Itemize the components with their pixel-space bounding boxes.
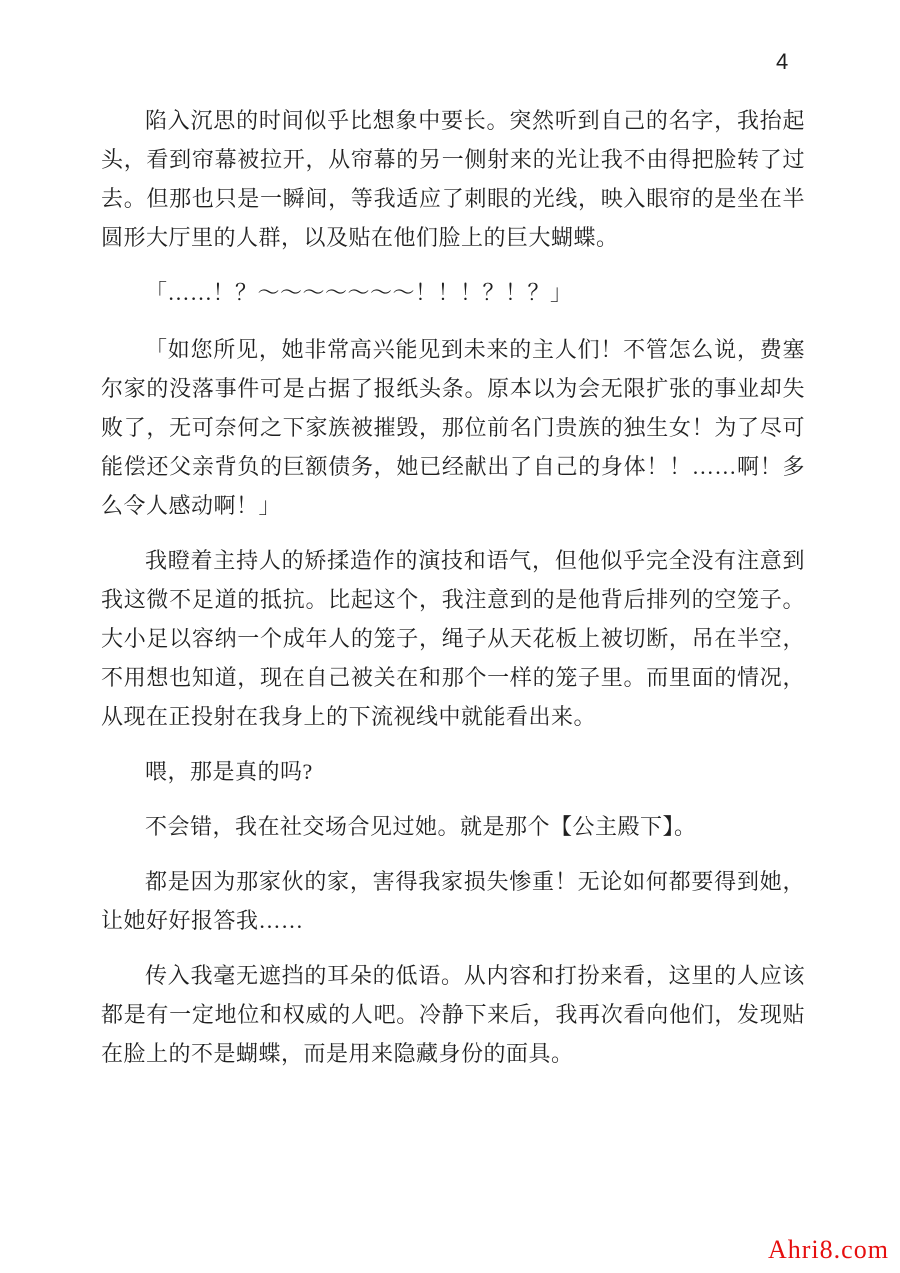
paragraph-whisper-3: 都是因为那家伙的家，害得我家损失惨重！无论如何都要得到她，让她好好报答我…… xyxy=(101,862,805,940)
document-page: 4 陷入沉思的时间似乎比想象中要长。突然听到自己的名字，我抬起头，看到帘幕被拉开… xyxy=(0,0,900,1273)
watermark: Ahri8.com xyxy=(768,1236,889,1264)
paragraph-narration-3: 传入我毫无遮挡的耳朵的低语。从内容和打扮来看，这里的人应该都是有一定地位和权威的… xyxy=(101,956,805,1073)
paragraph-narration-1: 陷入沉思的时间似乎比想象中要长。突然听到自己的名字，我抬起头，看到帘幕被拉开，从… xyxy=(101,101,805,257)
paragraph-dialogue-host: 「如您所见，她非常高兴能见到未来的主人们！不管怎么说，费塞尔家的没落事件可是占据… xyxy=(101,330,805,525)
document-body: 陷入沉思的时间似乎比想象中要长。突然听到自己的名字，我抬起头，看到帘幕被拉开，从… xyxy=(101,101,805,1089)
paragraph-whisper-1: 喂，那是真的吗? xyxy=(101,752,805,791)
paragraph-dialogue-scream: 「……！？～～～～～～～！！！？！？」 xyxy=(101,273,805,312)
page-number: 4 xyxy=(776,50,788,74)
paragraph-whisper-2: 不会错，我在社交场合见过她。就是那个【公主殿下】。 xyxy=(101,807,805,846)
paragraph-narration-2: 我瞪着主持人的矫揉造作的演技和语气，但他似乎完全没有注意到我这微不足道的抵抗。比… xyxy=(101,541,805,736)
